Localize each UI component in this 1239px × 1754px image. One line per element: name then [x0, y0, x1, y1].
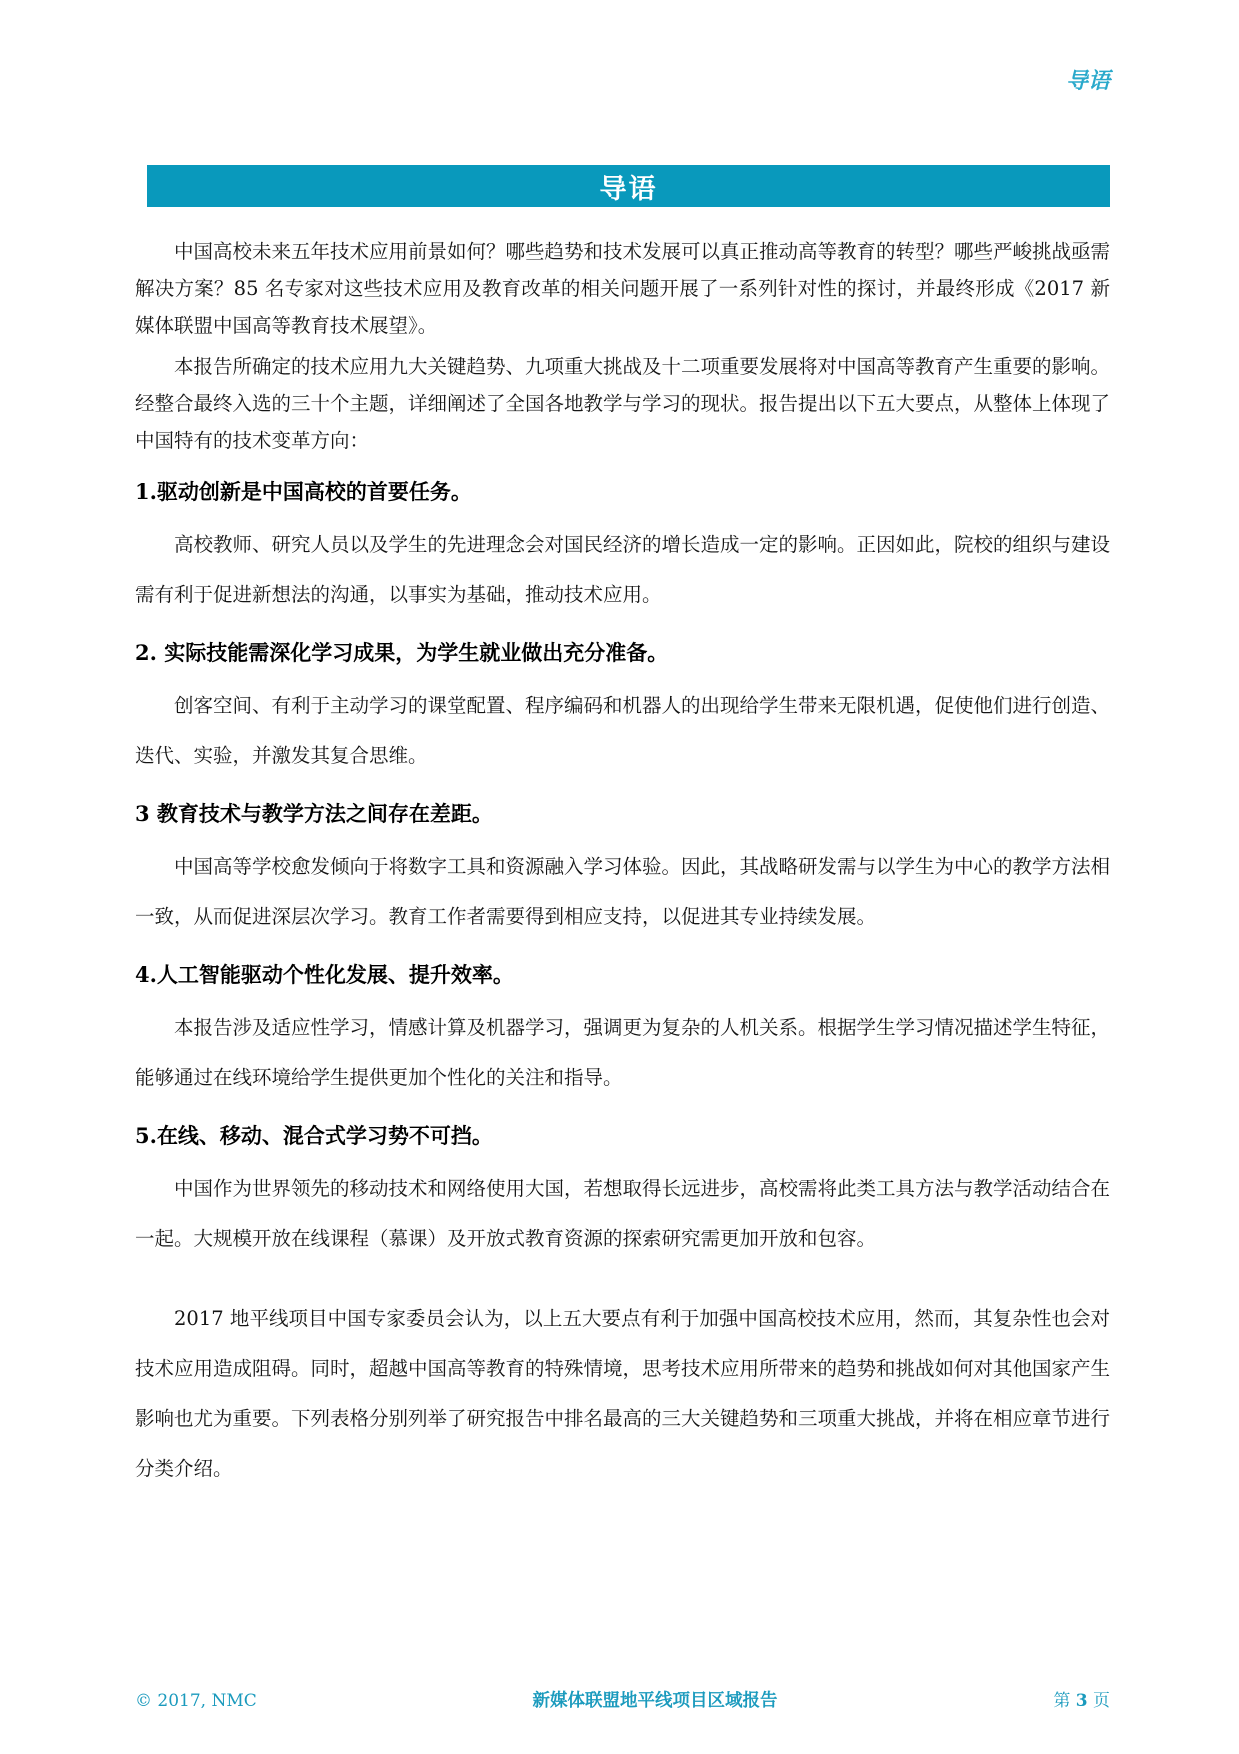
page-footer: © 2017, NMC 新媒体联盟地平线项目区域报告 第 3 页	[135, 1686, 1110, 1712]
key-point-5-body: 中国作为世界领先的移动技术和网络使用大国，若想取得长远进步，高校需将此类工具方法…	[135, 1164, 1110, 1264]
page-number-value: 3	[1076, 1691, 1088, 1711]
key-point-2-body: 创客空间、有利于主动学习的课堂配置、程序编码和机器人的出现给学生带来无限机遇，促…	[135, 681, 1110, 781]
running-header-section-label: 导语	[135, 0, 1110, 95]
closing-paragraph: 2017 地平线项目中国专家委员会认为，以上五大要点有利于加强中国高校技术应用，…	[135, 1294, 1110, 1494]
footer-copyright: © 2017, NMC	[135, 1691, 257, 1711]
page-number-suffix: 页	[1093, 1691, 1110, 1711]
footer-page-number: 第 3 页	[1053, 1686, 1110, 1711]
key-point-1-body: 高校教师、研究人员以及学生的先进理念会对国民经济的增长造成一定的影响。正因如此，…	[135, 520, 1110, 620]
key-point-2-heading: 2. 实际技能需深化学习成果，为学生就业做出充分准备。	[135, 638, 1110, 668]
key-point-3-heading: 3 教育技术与教学方法之间存在差距。	[135, 799, 1110, 829]
section-title-banner: 导语	[147, 165, 1110, 207]
key-point-3-body: 中国高等学校愈发倾向于将数字工具和资源融入学习体验。因此，其战略研发需与以学生为…	[135, 842, 1110, 942]
intro-paragraph-2: 本报告所确定的技术应用九大关键趋势、九项重大挑战及十二项重要发展将对中国高等教育…	[135, 348, 1110, 459]
document-page: 导语 导语 中国高校未来五年技术应用前景如何？哪些趋势和技术发展可以真正推动高等…	[0, 0, 1239, 1754]
section-title: 导语	[600, 167, 658, 206]
key-point-4-heading: 4.人工智能驱动个性化发展、提升效率。	[135, 960, 1110, 990]
key-point-4-body: 本报告涉及适应性学习，情感计算及机器学习，强调更为复杂的人机关系。根据学生学习情…	[135, 1003, 1110, 1103]
key-point-1-heading: 1.驱动创新是中国高校的首要任务。	[135, 477, 1110, 507]
footer-report-title: 新媒体联盟地平线项目区域报告	[533, 1687, 778, 1712]
page-content: 导语 导语 中国高校未来五年技术应用前景如何？哪些趋势和技术发展可以真正推动高等…	[135, 0, 1110, 1494]
page-number-prefix: 第	[1053, 1691, 1070, 1711]
intro-paragraph-1: 中国高校未来五年技术应用前景如何？哪些趋势和技术发展可以真正推动高等教育的转型？…	[135, 233, 1110, 344]
key-point-5-heading: 5.在线、移动、混合式学习势不可挡。	[135, 1121, 1110, 1151]
